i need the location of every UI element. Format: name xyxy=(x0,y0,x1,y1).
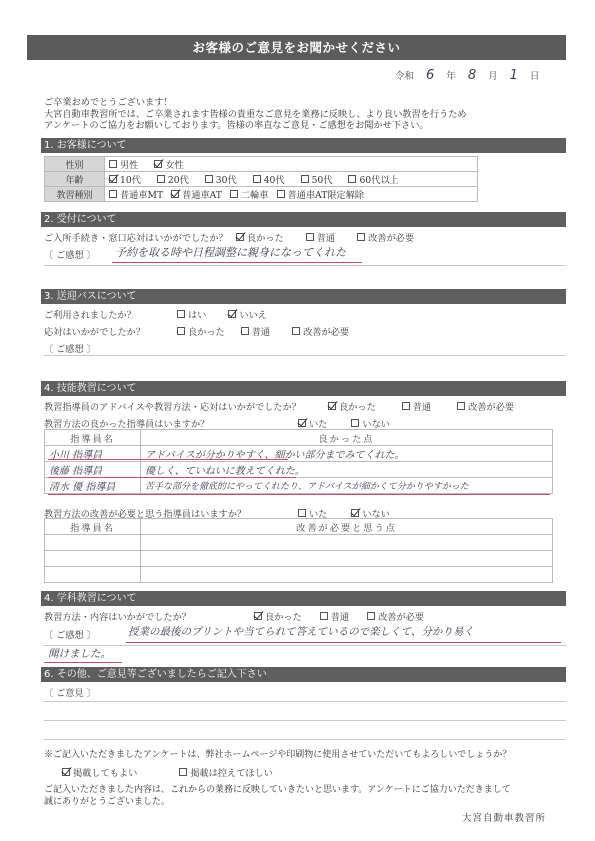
option-label: 女性 xyxy=(165,157,183,171)
date-day-unit: 日 xyxy=(530,68,540,82)
improve-instructor-table: 指導員名 改善が必要と思う点 xyxy=(44,518,553,583)
good-instructor-yes-option[interactable]: いた xyxy=(298,416,327,430)
handwritten-underline xyxy=(48,477,296,478)
date-year-unit: 年 xyxy=(446,68,456,82)
section-customer-heading: 1. お客様について xyxy=(41,138,566,153)
good-point: 苦手な部分を徹底的にやってくれたり、アドバイスが細かくて分かりやすかった xyxy=(145,482,469,492)
table-row xyxy=(45,567,553,583)
section-skill-heading: 4. 技能教習について xyxy=(41,381,566,396)
ruled-line xyxy=(44,645,566,646)
checkbox-icon[interactable] xyxy=(230,190,238,198)
consent-options-row: 掲載してもよい 掲載は控えてほしい xyxy=(62,765,273,779)
checkbox-icon[interactable] xyxy=(253,175,261,183)
bus-usage-row: ご利用されましたか？ はい いいえ xyxy=(44,307,267,321)
checkbox-checked-icon[interactable] xyxy=(109,175,117,183)
bus-usage-question: ご利用されましたか？ xyxy=(44,307,177,321)
date-year-input[interactable]: 6 xyxy=(426,68,434,83)
other-comment-line[interactable] xyxy=(44,739,566,740)
skill-advice-question: 教習指導員のアドバイスや教習方法・応対はいかがでしたか？ xyxy=(44,399,328,413)
bus-comment-label: 〔 ご感想 〕 xyxy=(44,341,96,355)
skill-good-option[interactable]: 良かった xyxy=(328,399,376,413)
checkbox-icon[interactable] xyxy=(457,402,465,410)
improve-point-cell[interactable] xyxy=(141,551,553,567)
good-point-cell[interactable]: 苦手な部分を徹底的にやってくれたり、アドバイスが細かくて分かりやすかった xyxy=(141,478,553,494)
table-header-row: 指導員名 良かった点 xyxy=(45,430,553,446)
checkbox-icon[interactable] xyxy=(177,310,185,318)
skill-good-instructor-row: 教習方法の良かった指導員はいますか？ いた いない xyxy=(44,416,390,430)
reception-question: ご入所手続き・窓口応対はいかがでしたか？ xyxy=(44,230,236,244)
page-title: お客様のご意見をお聞かせください xyxy=(27,35,566,60)
option-label: 良かった xyxy=(265,609,302,623)
instructor-name-cell[interactable] xyxy=(45,567,141,583)
section-reception-heading: 2. 受付について xyxy=(41,212,566,227)
age-row: 年齢 10代 20代 30代 40代 50代 60代以上 xyxy=(45,172,478,187)
good-point-header: 良かった点 xyxy=(141,430,553,446)
reception-improve-option[interactable]: 改善が必要 xyxy=(357,230,414,244)
improve-point-cell[interactable] xyxy=(141,567,553,583)
skill-advice-row: 教習指導員のアドバイスや教習方法・応対はいかがでしたか？ 良かった 普通 改善が… xyxy=(44,399,514,413)
checkbox-checked-icon[interactable] xyxy=(328,402,336,410)
handwritten-underline xyxy=(48,494,550,495)
option-label: 改善が必要 xyxy=(303,324,349,338)
checkbox-icon[interactable] xyxy=(109,160,117,168)
closing-line: 誠にありがとうございました。 xyxy=(44,797,589,809)
checkbox-icon[interactable] xyxy=(357,233,365,241)
course-mt-option[interactable]: 普通車MT xyxy=(109,187,163,201)
checkbox-checked-icon[interactable] xyxy=(298,419,306,427)
checkbox-icon[interactable] xyxy=(298,509,306,517)
section-bus-heading: 3. 送迎バスについて xyxy=(41,289,566,304)
checkbox-checked-icon[interactable] xyxy=(228,310,236,318)
bus-comment-line[interactable] xyxy=(44,355,566,356)
checkbox-icon[interactable] xyxy=(241,327,249,335)
intro-line: アンケートのご協力をお願いしております。皆様の率直なご意見・ご感想をお聞かせ下さ… xyxy=(44,120,574,132)
gender-label: 性別 xyxy=(45,157,105,172)
checkbox-icon[interactable] xyxy=(179,768,187,776)
course-type-row: 教習種別 普通車MT 普通車AT 二輪車 普通車AT限定解除 xyxy=(45,187,478,202)
consent-allow-option[interactable]: 掲載してもよい xyxy=(62,765,137,779)
section-academic-heading: 4. 学科教習について xyxy=(41,591,566,606)
reception-normal-option[interactable]: 普通 xyxy=(306,230,335,244)
academic-improve-option[interactable]: 改善が必要 xyxy=(367,609,424,623)
reception-comment-label: 〔 ご感想 〕 xyxy=(44,247,96,261)
option-label: 普通車MT xyxy=(120,187,163,201)
date-month-unit: 月 xyxy=(488,68,498,82)
instructor-name: 後藤 指導員 xyxy=(49,466,102,477)
option-label: 改善が必要 xyxy=(368,230,414,244)
customer-table: 性別 男性 女性 年齢 10代 20代 30代 40代 50代 60代以上 教習… xyxy=(44,156,478,202)
gender-female-option[interactable]: 女性 xyxy=(154,157,183,171)
option-label: 60代以上 xyxy=(359,172,398,186)
table-row xyxy=(45,535,553,551)
course-at-limit-removal-option[interactable]: 普通車AT限定解除 xyxy=(277,187,365,201)
option-label: いいえ xyxy=(239,307,267,321)
age-30s-option[interactable]: 30代 xyxy=(205,172,237,186)
date-day-input[interactable]: 1 xyxy=(510,68,518,83)
course-type-label: 教習種別 xyxy=(45,187,105,202)
checkbox-checked-icon[interactable] xyxy=(62,768,70,776)
bus-service-row: 応対はいかがでしたか？ 良かった 普通 改善が必要 xyxy=(44,324,349,338)
option-label: 40代 xyxy=(264,172,285,186)
skill-normal-option[interactable]: 普通 xyxy=(402,399,431,413)
instructor-name: 清水 優 指導員 xyxy=(49,482,115,493)
table-header-row: 指導員名 改善が必要と思う点 xyxy=(45,519,553,535)
improve-point-cell[interactable] xyxy=(141,535,553,551)
closing-text: ご記入いただきました内容は、これからの業務に反映していきたいと思います。アンケー… xyxy=(44,785,589,808)
other-comment-line[interactable] xyxy=(44,701,566,702)
good-instructor-no-option[interactable]: いない xyxy=(351,416,390,430)
instructor-name-cell[interactable] xyxy=(45,535,141,551)
option-label: 掲載してもよい xyxy=(73,765,137,779)
course-motorcycle-option[interactable]: 二輪車 xyxy=(230,187,269,201)
handwritten-underline xyxy=(112,262,362,263)
bus-yes-option[interactable]: はい xyxy=(177,307,206,321)
option-label: 良かった xyxy=(188,324,225,338)
good-point: 優しく、ていねいに教えてくれた。 xyxy=(145,466,305,477)
option-label: いない xyxy=(362,416,390,430)
option-label: 掲載は控えてほしい xyxy=(190,765,273,779)
option-label: 20代 xyxy=(168,172,189,186)
skill-improve-option[interactable]: 改善が必要 xyxy=(457,399,514,413)
option-label: 二輪車 xyxy=(241,187,269,201)
instructor-name-cell[interactable]: 清水 優 指導員 xyxy=(45,478,141,494)
checkbox-icon[interactable] xyxy=(348,175,356,183)
option-label: 普通車AT xyxy=(182,187,222,201)
checkbox-icon[interactable] xyxy=(177,327,185,335)
option-label: 良かった xyxy=(339,399,376,413)
option-label: 普通 xyxy=(413,399,431,413)
option-label: はい xyxy=(188,307,206,321)
reception-question-row: ご入所手続き・窓口応対はいかがでしたか？ 良かった 普通 改善が必要 xyxy=(44,230,414,244)
academic-comment-input[interactable]: 授業の最後のプリントや当てられて答えているので楽しくて、分かり易く xyxy=(128,624,474,639)
checkbox-icon[interactable] xyxy=(292,327,300,335)
instructor-name-cell[interactable]: 後藤 指導員 xyxy=(45,462,141,478)
option-label: 普通車AT限定解除 xyxy=(288,187,365,201)
handwritten-underline xyxy=(48,459,288,460)
intro-text: ご卒業おめでとうございます！ 大宮自動車教習所では、ご卒業されます皆様の貴重なご… xyxy=(44,97,574,132)
checkbox-checked-icon[interactable] xyxy=(236,233,244,241)
bus-improve-option[interactable]: 改善が必要 xyxy=(292,324,349,338)
table-row xyxy=(45,551,553,567)
intro-line: 大宮自動車教習所では、ご卒業されます皆様の貴重なご意見を業務に反映し、より良い教… xyxy=(44,109,574,121)
table-row: 後藤 指導員 優しく、ていねいに教えてくれた。 xyxy=(45,462,553,478)
organization-name: 大宮自動車教習所 xyxy=(462,810,546,824)
academic-question: 教習方法・内容はいかがでしたか？ xyxy=(44,609,254,623)
closing-line: ご記入いただきました内容は、これからの業務に反映していきたいと思います。アンケー… xyxy=(44,785,589,797)
consent-question: ※ご記入いただきましたアンケートは、弊社ホームページや印刷物に使用させていただい… xyxy=(44,750,589,762)
option-label: 普通 xyxy=(252,324,270,338)
age-60s-option[interactable]: 60代以上 xyxy=(348,172,398,186)
option-label: 改善が必要 xyxy=(378,609,424,623)
option-label: 良かった xyxy=(247,230,284,244)
checkbox-icon[interactable] xyxy=(301,175,309,183)
checkbox-checked-icon[interactable] xyxy=(154,160,162,168)
age-50s-option[interactable]: 50代 xyxy=(301,172,333,186)
checkbox-icon[interactable] xyxy=(109,190,117,198)
checkbox-icon[interactable] xyxy=(306,233,314,241)
age-label: 年齢 xyxy=(45,172,105,187)
bus-normal-option[interactable]: 普通 xyxy=(241,324,270,338)
academic-good-option[interactable]: 良かった xyxy=(254,609,302,623)
good-point-cell[interactable]: 優しく、ていねいに教えてくれた。 xyxy=(141,462,553,478)
other-comment-label: 〔 ご意見 〕 xyxy=(44,685,96,699)
consent-decline-option[interactable]: 掲載は控えてほしい xyxy=(179,765,273,779)
option-label: いた xyxy=(309,416,327,430)
gender-male-option[interactable]: 男性 xyxy=(109,157,138,171)
reception-comment-input[interactable]: 予約を取る時や日程調整に親身になってくれた xyxy=(115,244,346,260)
checkbox-checked-icon[interactable] xyxy=(351,509,359,517)
option-label: 普通 xyxy=(317,230,335,244)
checkbox-icon[interactable] xyxy=(402,402,410,410)
instructor-name-header: 指導員名 xyxy=(45,519,141,535)
table-row: 清水 優 指導員 苦手な部分を徹底的にやってくれたり、アドバイスが細かくて分かり… xyxy=(45,478,553,494)
section-other-heading: 6. その他、ご意見等ございましたらご記入下さい xyxy=(41,667,566,682)
bus-service-question: 応対はいかがでしたか？ xyxy=(44,324,177,338)
option-label: 30代 xyxy=(216,172,237,186)
option-label: 普通 xyxy=(331,609,349,623)
intro-line: ご卒業おめでとうございます！ xyxy=(44,97,574,109)
course-at-option[interactable]: 普通車AT xyxy=(171,187,222,201)
age-40s-option[interactable]: 40代 xyxy=(253,172,285,186)
checkbox-icon[interactable] xyxy=(320,612,328,620)
checkbox-icon[interactable] xyxy=(157,175,165,183)
checkbox-checked-icon[interactable] xyxy=(254,612,262,620)
option-label: 50代 xyxy=(312,172,333,186)
option-label: 10代 xyxy=(120,172,141,186)
academic-comment-input-line2[interactable]: 聞けました。 xyxy=(48,646,111,661)
ruled-line xyxy=(44,265,566,266)
bus-good-option[interactable]: 良かった xyxy=(177,324,225,338)
date-era: 令和 xyxy=(395,68,414,82)
bus-no-option[interactable]: いいえ xyxy=(228,307,267,321)
academic-comment-label: 〔 ご感想 〕 xyxy=(44,627,96,641)
instructor-name-cell[interactable] xyxy=(45,551,141,567)
date-field: 令和 6 年 8 月 1 日 xyxy=(395,68,539,83)
checkbox-icon[interactable] xyxy=(351,419,359,427)
handwritten-underline xyxy=(44,662,122,663)
age-20s-option[interactable]: 20代 xyxy=(157,172,189,186)
age-10s-option[interactable]: 10代 xyxy=(109,172,141,186)
checkbox-icon[interactable] xyxy=(367,612,375,620)
academic-normal-option[interactable]: 普通 xyxy=(320,609,349,623)
option-label: 男性 xyxy=(120,157,138,171)
good-instructor-table: 指導員名 良かった点 小川 指導員 アドバイスが分かりやすく、細かい部分までみて… xyxy=(44,429,553,494)
checkbox-icon[interactable] xyxy=(205,175,213,183)
handwritten-underline xyxy=(126,642,561,643)
skill-good-instructor-question: 教習方法の良かった指導員はいますか？ xyxy=(44,416,298,430)
academic-question-row: 教習方法・内容はいかがでしたか？ 良かった 普通 改善が必要 xyxy=(44,609,424,623)
gender-row: 性別 男性 女性 xyxy=(45,157,478,172)
date-month-input[interactable]: 8 xyxy=(468,68,476,83)
improve-point-header: 改善が必要と思う点 xyxy=(141,519,553,535)
other-comment-line[interactable] xyxy=(44,720,566,721)
reception-good-option[interactable]: 良かった xyxy=(236,230,284,244)
instructor-name-header: 指導員名 xyxy=(45,430,141,446)
checkbox-checked-icon[interactable] xyxy=(171,190,179,198)
option-label: 改善が必要 xyxy=(468,399,514,413)
checkbox-icon[interactable] xyxy=(277,190,285,198)
